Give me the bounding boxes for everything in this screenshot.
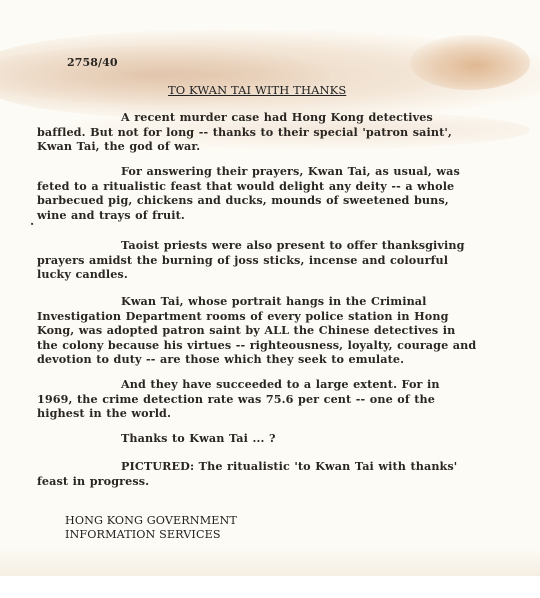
paragraph: Thanks to Kwan Tai ... ?: [37, 431, 477, 446]
signature-line-1: HONG KONG GOVERNMENT: [65, 514, 237, 528]
signature-line-2: INFORMATION SERVICES: [65, 528, 237, 542]
signature-block: HONG KONG GOVERNMENT INFORMATION SERVICE…: [65, 514, 237, 542]
rust-stain: [410, 35, 530, 90]
document-title: TO KWAN TAI WITH THANKS: [168, 83, 346, 98]
paragraph: Taoist priests were also present to offe…: [37, 238, 477, 282]
document-page: 2758/40 TO KWAN TAI WITH THANKS A recent…: [0, 0, 540, 576]
margin-mark: .: [30, 214, 34, 228]
paragraph: PICTURED: The ritualistic 'to Kwan Tai w…: [37, 459, 477, 488]
paragraph: For answering their prayers, Kwan Tai, a…: [37, 164, 477, 222]
paper-edge-shadow: [0, 548, 540, 576]
reference-number: 2758/40: [67, 56, 118, 71]
paragraph: And they have succeeded to a large exten…: [37, 377, 477, 421]
paragraph: A recent murder case had Hong Kong detec…: [37, 110, 477, 154]
water-stain: [0, 30, 540, 120]
paragraph: Kwan Tai, whose portrait hangs in the Cr…: [37, 294, 477, 367]
